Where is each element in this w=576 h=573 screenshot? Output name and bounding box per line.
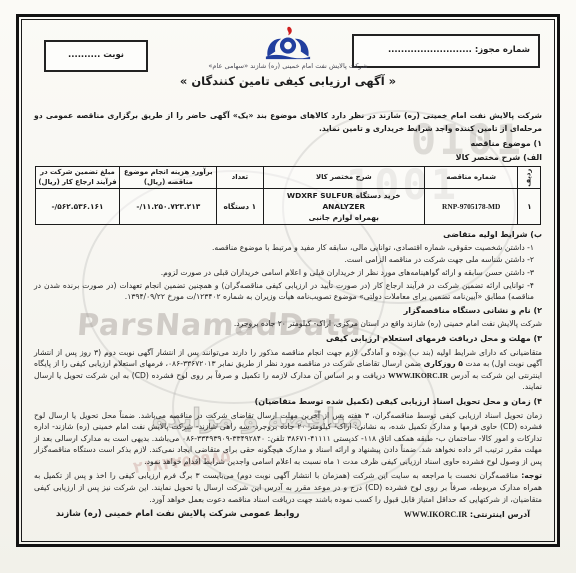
cell-tender-no: RNP-9705178-MD bbox=[425, 189, 518, 225]
tender-table-header-row: ردیف شماره مناقصه شرح مختصر کالا تعداد ب… bbox=[35, 167, 541, 189]
issue-turn-box: نوبت .......... bbox=[44, 40, 148, 72]
note-label: توجه: bbox=[521, 471, 542, 480]
header-row-no: ردیف bbox=[518, 167, 541, 189]
section2-heading: ۲) نام و نشانی دستگاه مناقصه‌گزار bbox=[34, 305, 542, 317]
cell-quantity: ۱ دستگاه bbox=[217, 189, 263, 225]
header-tender-no: شماره مناقصه bbox=[425, 167, 518, 189]
company-name: شرکت پالایش نفت امام خمینی (ره) شازند «س… bbox=[158, 61, 418, 73]
section1-heading: ۱) موضوع مناقصه bbox=[34, 138, 542, 150]
condition-item-4: ۴- توانایی ارائه تضمین شرکت در فرآیند ار… bbox=[34, 280, 534, 303]
scanned-tender-announcement: 0101 1001 ParsNamadData مناقصه و مزایده … bbox=[0, 0, 576, 573]
nioc-logo-icon bbox=[262, 26, 314, 60]
cell-description-line2: بهمراه لوازم جانبی bbox=[266, 212, 423, 223]
section3-website-link[interactable]: WWW.IKORC.IR bbox=[388, 371, 448, 380]
footer-website-url[interactable]: WWW.IKORC.IR bbox=[404, 510, 467, 519]
section3-body: متقاضیانی که دارای شرایط اولیه (بند ب) ب… bbox=[34, 347, 542, 393]
header-estimate: برآورد هزینه انجام موضوع مناقصه (ریال) bbox=[120, 167, 217, 189]
section1-subheading: الف) شرح مختصر کالا bbox=[34, 152, 542, 164]
header-description: شرح مختصر کالا bbox=[263, 167, 425, 189]
cell-row-no: ۱ bbox=[518, 189, 541, 225]
footer-website: آدرس اینترنتی: WWW.IKORC.IR bbox=[404, 509, 530, 521]
footer-signature: روابط عمومی شرکت پالایش نفت امام خمینی (… bbox=[56, 509, 299, 521]
tender-table-row: ۱ RNP-9705178-MD خرید دستگاه WDXRF SULFU… bbox=[35, 189, 541, 225]
section2-body: شرکت پالایش نفت امام خمینی (ره) شازند وا… bbox=[34, 318, 542, 330]
condition-item-2: ۲- داشتن شناسه ملی جهت شرکت در مناقصه ال… bbox=[34, 254, 534, 266]
note-body: مناقصه‌گران نخست با مراجعه به سایت این ش… bbox=[34, 471, 542, 503]
document-header: شماره مجوز: .......................... ن… bbox=[32, 26, 544, 108]
intro-paragraph: شرکت پالایش نفت امام خمینی (ره) شازند در… bbox=[34, 110, 542, 135]
footer-row: آدرس اینترنتی: WWW.IKORC.IR روابط عمومی … bbox=[56, 509, 530, 521]
section3-bold-duration: ۵ روزکاری bbox=[424, 359, 463, 368]
document-outer-frame: 0101 1001 ParsNamadData مناقصه و مزایده … bbox=[16, 14, 560, 547]
document-inner-frame: 0101 1001 ParsNamadData مناقصه و مزایده … bbox=[21, 19, 555, 542]
header-guarantee: مبلغ تضمین شرکت در فرآیند ارجاع کار (ریا… bbox=[35, 167, 120, 189]
section-b-heading: ب) شرایط اولیه متقاضی bbox=[34, 229, 542, 241]
section3-heading: ۳) مهلت و محل دریافت فرمهای استعلام ارزی… bbox=[34, 333, 542, 345]
document-title: « آگهی ارزیابی کیفی تامین کنندگان » bbox=[158, 76, 418, 88]
cell-description: خرید دستگاه WDXRF SULFUR ANALYZER بهمراه… bbox=[263, 189, 425, 225]
note-paragraph: توجه: مناقصه‌گران نخست با مراجعه به سایت… bbox=[34, 470, 542, 505]
condition-item-3: ۳- داشتن حسن سابقه و ارائه گواهینامه‌های… bbox=[34, 267, 534, 279]
condition-item-1: ۱- داشتن شخصیت حقوقی، شماره اقتصادی، توا… bbox=[34, 242, 534, 254]
cell-guarantee: ۵۶۲.۵۳۶.۱۶۱/- bbox=[35, 189, 120, 225]
issue-turn-label: نوبت .......... bbox=[68, 50, 124, 62]
footer-website-label: آدرس اینترنتی: bbox=[470, 510, 530, 519]
section4-heading: ۴) زمان و محل تحویل اسناد ارزیابی کیفی (… bbox=[34, 396, 542, 408]
cell-estimate: ۱۱.۲۵۰.۷۲۳.۲۱۳/- bbox=[120, 189, 217, 225]
tender-table: ردیف شماره مناقصه شرح مختصر کالا تعداد ب… bbox=[35, 166, 542, 225]
header-quantity: تعداد bbox=[217, 167, 263, 189]
cell-description-line1: خرید دستگاه WDXRF SULFUR ANALYZER bbox=[266, 190, 423, 212]
section4-body: زمان تحویل اسناد ارزیابی کیفی توسط مناقص… bbox=[34, 410, 542, 468]
